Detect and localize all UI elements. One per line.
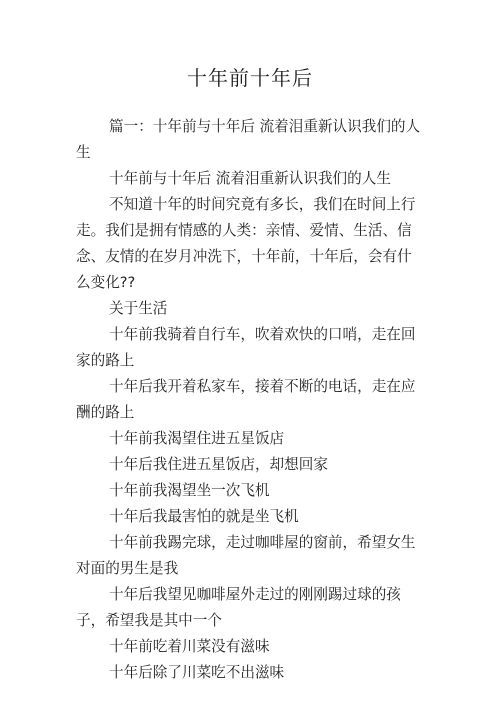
paragraph: 十年后我开着私家车，接着不断的电话，走在应酬的路上: [76, 374, 421, 426]
paragraph: 十年前我踢完球，走过咖啡屋的窗前，希望女生对面的男生是我: [76, 530, 421, 582]
paragraph: 十年前吃着川菜没有滋味: [76, 634, 421, 660]
paragraph: 不知道十年的时间究竟有多长，我们在时间上行走。我们是拥有情感的人类：亲情、爱情、…: [76, 192, 421, 296]
paragraph: 关于生活: [76, 296, 421, 322]
paragraph: 十年后我住进五星饭店，却想回家: [76, 452, 421, 478]
paragraph: 篇一：十年前与十年后 流着泪重新认识我们的人生: [76, 114, 421, 166]
paragraph: 十年后我望见咖啡屋外走过的刚刚踢过球的孩子，希望我是其中一个: [76, 582, 421, 634]
paragraph: 十年前我骑着自行车，吹着欢快的口哨，走在回家的路上: [76, 322, 421, 374]
paragraph: 十年后除了川菜吃不出滋味: [76, 660, 421, 686]
document-title: 十年前十年后: [0, 62, 500, 91]
paragraph: 十年前我渴望坐一次飞机: [76, 478, 421, 504]
paragraph: 十年前我渴望住进五星饭店: [76, 426, 421, 452]
paragraph: 十年前与十年后 流着泪重新认识我们的人生: [76, 166, 421, 192]
paragraph: 十年后我最害怕的就是坐飞机: [76, 504, 421, 530]
document-body: 篇一：十年前与十年后 流着泪重新认识我们的人生 十年前与十年后 流着泪重新认识我…: [76, 114, 421, 686]
